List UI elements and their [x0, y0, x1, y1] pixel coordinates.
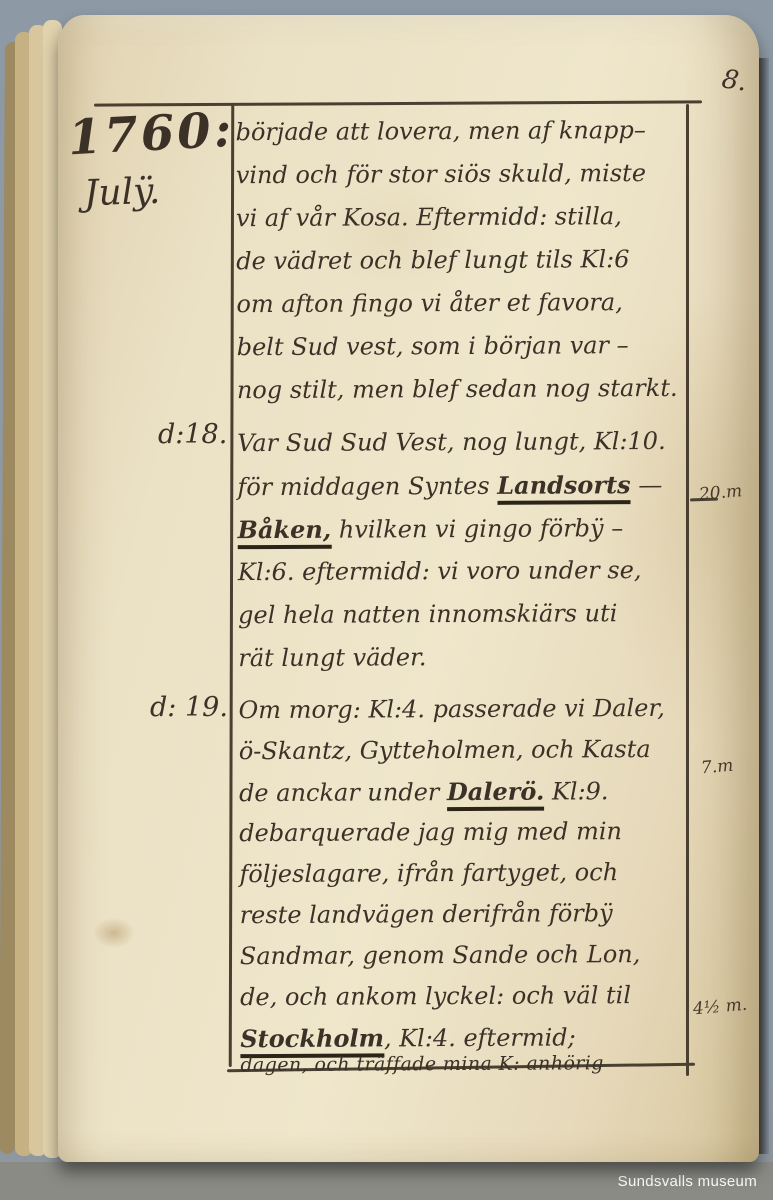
margin-note: 20.m	[698, 481, 743, 505]
manuscript-line: debarquerade jag mig med min	[239, 811, 691, 854]
manuscript-line: Kl:6. eftermidd: vi voro under se,	[238, 549, 690, 594]
manuscript-line: Båken, hvilken vi gingo förbÿ –	[238, 506, 690, 551]
manuscript-line: rät lungt väder.	[238, 635, 690, 680]
manuscript-line: började att lovera, men af knapp–	[235, 109, 687, 154]
underlined-place-name: Dalerö.	[447, 777, 545, 812]
manuscript-line: reste landvägen derifrån förbÿ	[240, 893, 692, 936]
manuscript-line: för middagen Syntes Landsorts —	[237, 463, 689, 508]
manuscript-line: de vädret och blef lungt tils Kl:6	[236, 238, 688, 283]
credit-text: Sundsvalls museum	[618, 1173, 757, 1190]
manuscript-line: ö-Skantz, Gytteholmen, och Kasta	[239, 729, 691, 772]
page-number: 8.	[720, 64, 749, 98]
month-label: Julÿ.	[83, 171, 161, 215]
photo-of-manuscript: Sundsvalls museum 8. 1760: Julÿ. d:18. d…	[0, 0, 773, 1200]
underlined-place-name: Båken,	[238, 515, 332, 549]
manuscript-line: Sandmar, genom Sande och Lon,	[240, 934, 692, 977]
manuscript-line: nog stilt, men blef sedan nog starkt.	[237, 367, 689, 412]
manuscript-line: om afton fingo vi åter et favora,	[236, 281, 688, 326]
year-label: 1760:	[67, 102, 236, 167]
manuscript-line: vi af vår Kosa. Eftermidd: stilla,	[236, 195, 688, 240]
manuscript-line: de anckar under Dalerö. Kl:9.	[239, 770, 691, 813]
manuscript-line: gel hela natten innomskiärs uti	[238, 592, 690, 637]
day-marker-18: d:18.	[158, 419, 227, 450]
manuscript-line: de, och ankom lyckel: och väl til	[240, 975, 692, 1018]
manuscript-line: belt Sud vest, som i början var –	[237, 324, 689, 369]
day-marker-19: d: 19.	[150, 692, 228, 723]
underlined-place-name: Landsorts	[497, 470, 631, 505]
manuscript-line: Om morg: Kl:4. passerade vi Daler,	[238, 688, 690, 731]
manuscript-line: dagen, och träffade mina K: anhörig	[240, 1043, 692, 1086]
manuscript-line: följeslagare, ifrån fartyget, och	[239, 852, 691, 895]
manuscript-line: vind och för stor siös skuld, miste	[236, 152, 688, 197]
text-column: började att lovera, men af knapp–vind oc…	[235, 109, 692, 1086]
margin-note: 7.m	[700, 756, 734, 779]
credit-bar: Sundsvalls museum	[0, 1162, 773, 1200]
manuscript-line: Var Sud Sud Vest, nog lungt, Kl:10.	[237, 420, 689, 465]
